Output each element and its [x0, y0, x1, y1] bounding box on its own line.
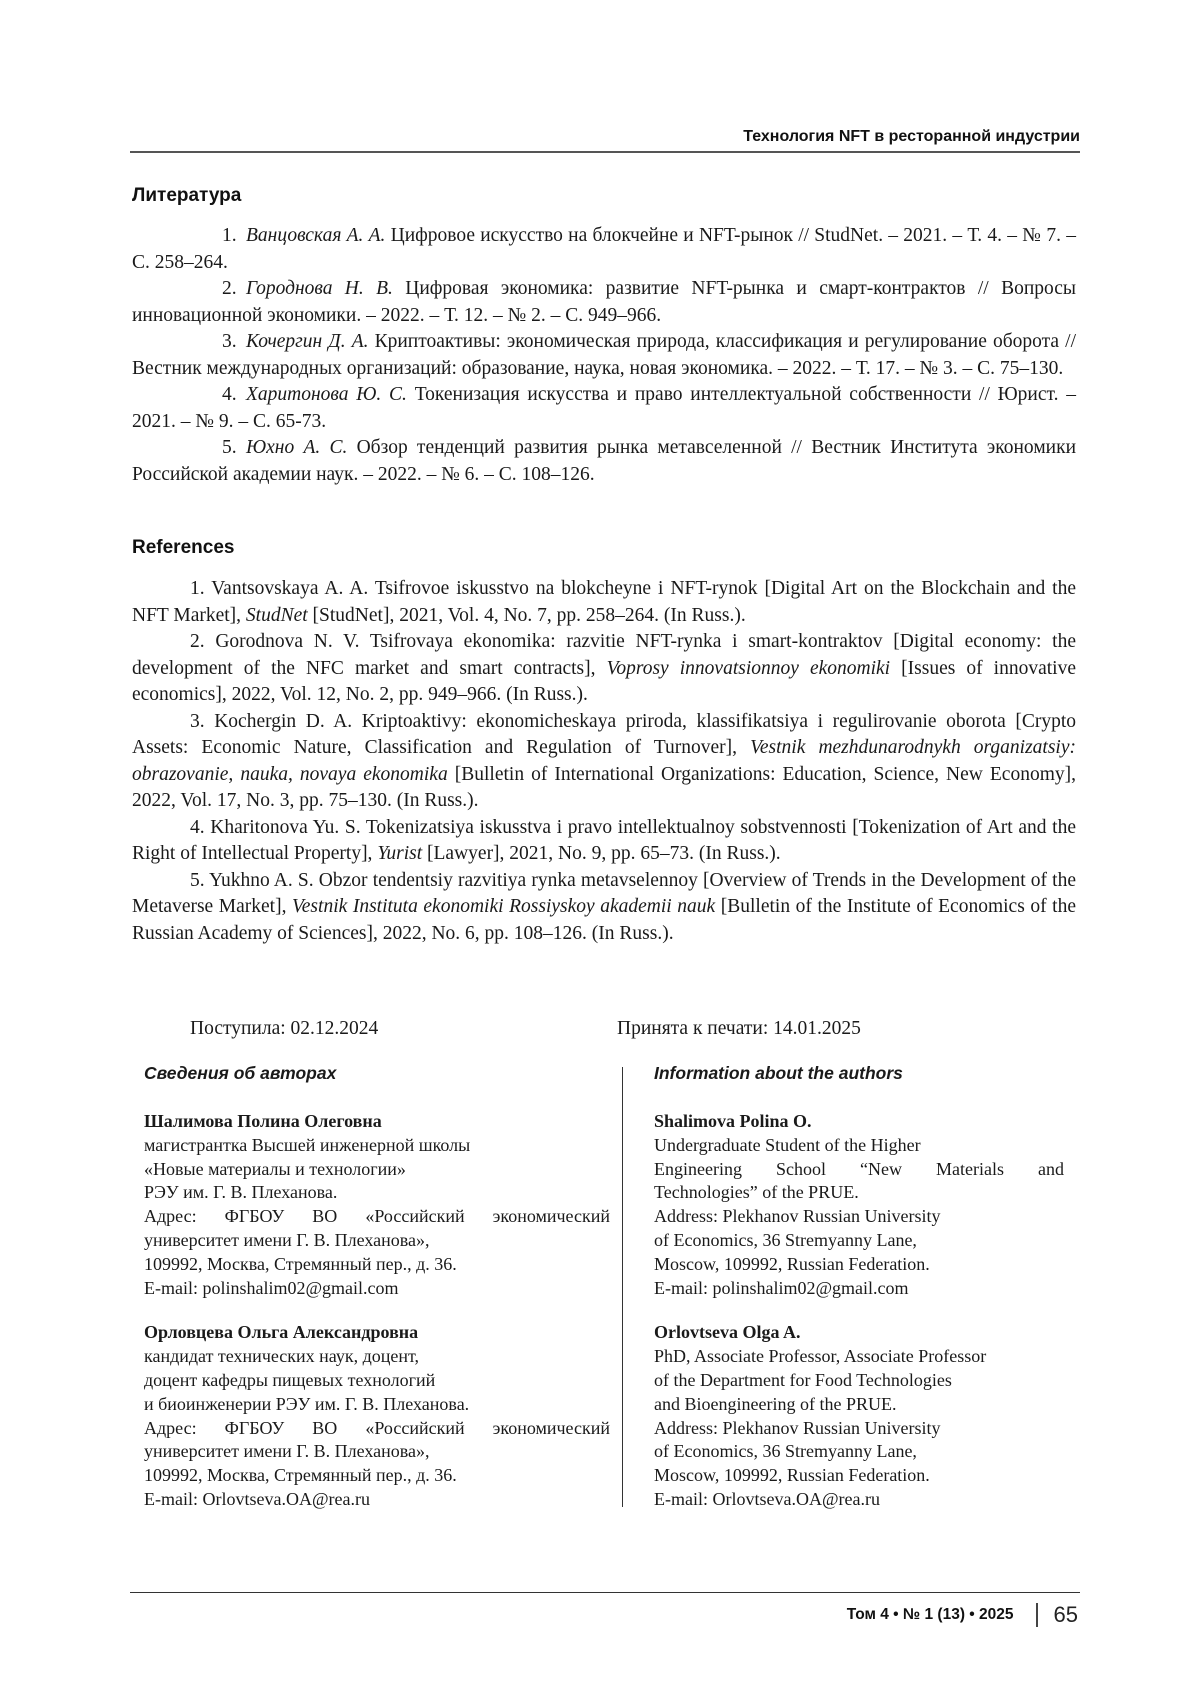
page-footer: Том 4 • № 1 (13) • 2025 65 [847, 1602, 1078, 1628]
ref-journal: StudNet [246, 605, 308, 626]
author-line: Technologies” of the PRUE. [654, 1181, 1064, 1205]
author-line: Undergraduate Student of the Higher [654, 1134, 1064, 1158]
ref-author: Юхно А. С. [246, 437, 347, 458]
header-rule [130, 151, 1080, 153]
ref-author: Кочергин Д. А. [246, 331, 368, 352]
author-email: E-mail: Orlovtseva.OA@rea.ru [654, 1488, 1064, 1512]
author-line: кандидат технических наук, доцент, [144, 1345, 610, 1369]
author-line: and Bioengineering of the PRUE. [654, 1393, 1064, 1417]
author-line: 109992, Москва, Стремянный пер., д. 36. [144, 1464, 610, 1488]
author-line: Адрес: ФГБОУ ВО «Российский экономически… [144, 1417, 610, 1441]
author-line: университет имени Г. В. Плеханова», [144, 1440, 610, 1464]
item-number: 5. [222, 435, 246, 462]
page-number: 65 [1054, 1602, 1078, 1628]
author-line: университет имени Г. В. Плеханова», [144, 1229, 610, 1253]
literature-list: 1.Ванцовская А. А. Цифровое искусство на… [132, 223, 1076, 488]
issue-info: Том 4 • № 1 (13) • 2025 [847, 1606, 1014, 1624]
ref-journal: Vestnik Instituta ekonomiki Rossiyskoy a… [292, 896, 715, 917]
running-title: Технология NFT в ресторанной индустрии [130, 128, 1080, 146]
references-list: 1. Vantsovskaya A. A. Tsifrovoe iskusstv… [132, 576, 1076, 947]
author-line: Address: Plekhanov Russian University [654, 1417, 1064, 1441]
references-heading: References [132, 537, 234, 559]
column-divider [622, 1067, 623, 1507]
author-line: Moscow, 109992, Russian Federation. [654, 1464, 1064, 1488]
ref-author: Ванцовская А. А. [246, 225, 385, 246]
literature-item: 2.Городнова Н. В. Цифровая экономика: ра… [132, 276, 1076, 329]
author-line: Адрес: ФГБОУ ВО «Российский экономически… [144, 1205, 610, 1229]
literature-item: 4.Харитонова Ю. С. Токенизация искусства… [132, 382, 1076, 435]
authors-ru-heading: Сведения об авторах [144, 1062, 610, 1084]
author-email: E-mail: polinshalim02@gmail.com [654, 1277, 1064, 1301]
ref-journal: Yurist [377, 843, 422, 864]
author-email: E-mail: Orlovtseva.OA@rea.ru [144, 1488, 610, 1512]
author-line: of Economics, 36 Stremyanny Lane, [654, 1229, 1064, 1253]
author-name: Орловцева Ольга Александровна [144, 1321, 610, 1345]
author-card: Шалимова Полина Олеговна магистрантка Вы… [144, 1110, 610, 1300]
footer-rule [130, 1592, 1080, 1593]
received-date: Поступила: 02.12.2024 [190, 1018, 378, 1040]
author-line: доцент кафедры пищевых технологий [144, 1369, 610, 1393]
author-name: Шалимова Полина Олеговна [144, 1110, 610, 1134]
author-line: РЭУ им. Г. В. Плеханова. [144, 1181, 610, 1205]
reference-item: 1. Vantsovskaya A. A. Tsifrovoe iskusstv… [132, 576, 1076, 629]
literature-heading: Литература [132, 185, 241, 207]
ref-details: [Lawyer], 2021, No. 9, pp. 65–73. (In Ru… [422, 843, 781, 864]
authors-en: Information about the authors Shalimova … [654, 1062, 1064, 1533]
ref-journal: Voprosy innovatsionnoy ekonomiki [607, 658, 891, 679]
author-line: Moscow, 109992, Russian Federation. [654, 1253, 1064, 1277]
item-number: 4. [222, 382, 246, 409]
author-line: и биоинженерии РЭУ им. Г. В. Плеханова. [144, 1393, 610, 1417]
author-line: of Economics, 36 Stremyanny Lane, [654, 1440, 1064, 1464]
author-email: E-mail: polinshalim02@gmail.com [144, 1277, 610, 1301]
literature-item: 3.Кочергин Д. А. Криптоактивы: экономиче… [132, 329, 1076, 382]
reference-item: 5. Yukhno A. S. Obzor tendentsiy razviti… [132, 868, 1076, 948]
item-number: 1. [222, 223, 246, 250]
item-number: 3. [222, 329, 246, 356]
reference-item: 3. Kochergin D. A. Kriptoaktivy: ekonomi… [132, 709, 1076, 815]
author-line: Engineering School “New Materials and [654, 1158, 1064, 1182]
author-line: of the Department for Food Technologies [654, 1369, 1064, 1393]
journal-page: Технология NFT в ресторанной индустрии Л… [0, 0, 1200, 1697]
authors-en-heading: Information about the authors [654, 1062, 1064, 1084]
author-card: Orlovtseva Olga A. PhD, Associate Profes… [654, 1321, 1064, 1511]
author-line: 109992, Москва, Стремянный пер., д. 36. [144, 1253, 610, 1277]
author-card: Орловцева Ольга Александровна кандидат т… [144, 1321, 610, 1511]
authors-ru: Сведения об авторах Шалимова Полина Олег… [144, 1062, 610, 1533]
author-line: магистрантка Высшей инженерной школы [144, 1134, 610, 1158]
literature-item: 1.Ванцовская А. А. Цифровое искусство на… [132, 223, 1076, 276]
literature-item: 5.Юхно А. С. Обзор тенденций развития ры… [132, 435, 1076, 488]
reference-item: 4. Kharitonova Yu. S. Tokenizatsiya isku… [132, 815, 1076, 868]
reference-item: 2. Gorodnova N. V. Tsifrovaya ekonomika:… [132, 629, 1076, 709]
ref-author: Городнова Н. В. [246, 278, 393, 299]
author-name: Shalimova Polina O. [654, 1110, 1064, 1134]
author-name: Orlovtseva Olga A. [654, 1321, 1064, 1345]
ref-author: Харитонова Ю. С. [246, 384, 407, 405]
author-line: PhD, Associate Professor, Associate Prof… [654, 1345, 1064, 1369]
item-number: 2. [222, 276, 246, 303]
author-line: «Новые материалы и технологии» [144, 1158, 610, 1182]
author-card: Shalimova Polina O. Undergraduate Studen… [654, 1110, 1064, 1300]
footer-separator [1036, 1603, 1038, 1627]
accepted-date: Принята к печати: 14.01.2025 [617, 1018, 861, 1040]
ref-details: [StudNet], 2021, Vol. 4, No. 7, pp. 258–… [308, 605, 746, 626]
author-line: Address: Plekhanov Russian University [654, 1205, 1064, 1229]
